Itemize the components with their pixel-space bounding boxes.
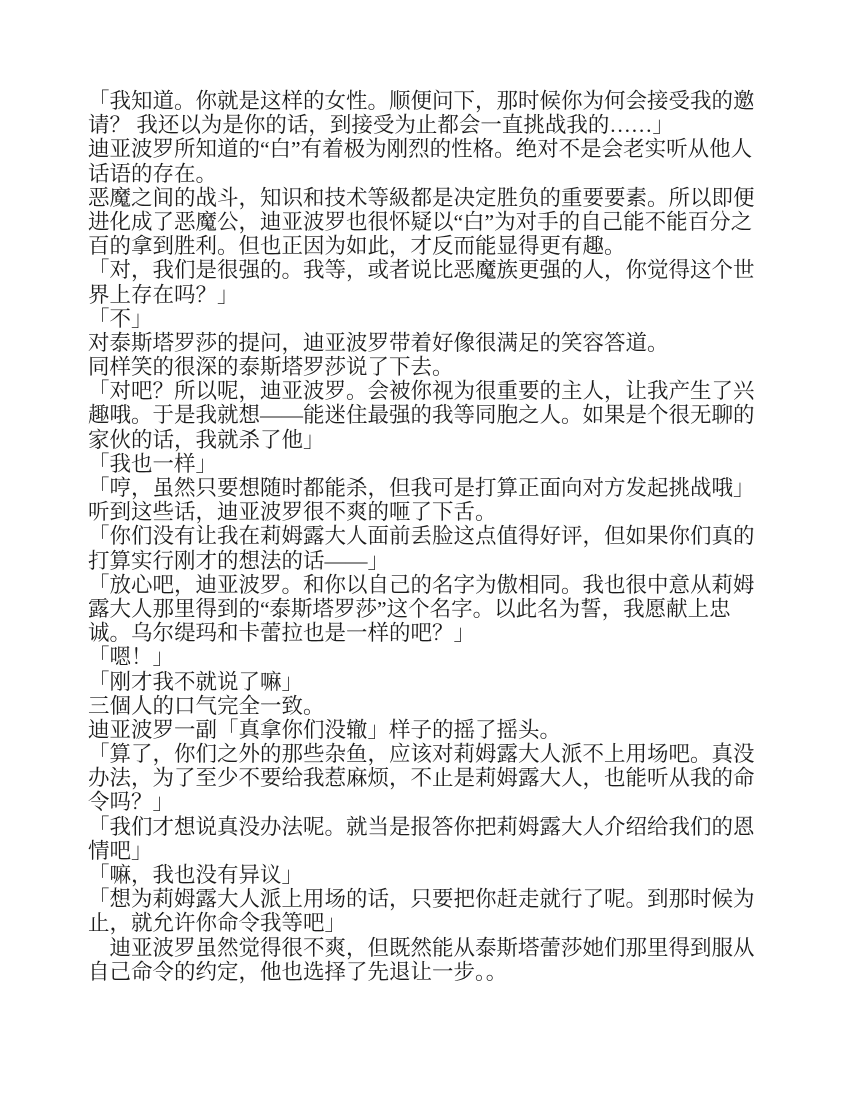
document-page: 「我知道。你就是这样的女性。顺便问下，那时候你为何会接受我的邀请？ 我还以为是你… bbox=[0, 0, 850, 1100]
text-line: 「嗯！」 bbox=[88, 645, 778, 669]
text-line: 「你们没有让我在莉姆露大人面前丢脸这点值得好评，但如果你们真的 bbox=[88, 524, 778, 548]
text-line: 「放心吧，迪亚波罗。和你以自己的名字为傲相同。我也很中意从莉姆 bbox=[88, 573, 778, 597]
text-line: 情吧」 bbox=[88, 839, 778, 863]
text-line: 令吗？」 bbox=[88, 790, 778, 814]
text-line: 诚。乌尔缇玛和卡蕾拉也是一样的吧？」 bbox=[88, 621, 778, 645]
text-line: 迪亚波罗虽然觉得很不爽，但既然能从泰斯塔蕾莎她们那里得到服从 bbox=[88, 936, 778, 960]
text-line: 办法，为了至少不要给我惹麻烦，不止是莉姆露大人，也能听从我的命 bbox=[88, 766, 778, 790]
text-line: 三個人的口气完全一致。 bbox=[88, 694, 778, 718]
text-line: 进化成了恶魔公，迪亚波罗也很怀疑以“白”为对手的自己能不能百分之 bbox=[88, 210, 778, 234]
text-line: 「我也一样」 bbox=[88, 452, 778, 476]
text-line: 趣哦。于是我就想——能迷住最强的我等同胞之人。如果是个很无聊的 bbox=[88, 403, 778, 427]
text-line: 听到这些话，迪亚波罗很不爽的咂了下舌。 bbox=[88, 500, 778, 524]
text-line: 迪亚波罗所知道的“白”有着极为刚烈的性格。绝对不是会老实听从他人 bbox=[88, 137, 778, 161]
text-line: 话语的存在。 bbox=[88, 162, 778, 186]
text-line: 同样笑的很深的泰斯塔罗莎说了下去。 bbox=[88, 355, 778, 379]
text-line: 「算了，你们之外的那些杂鱼，应该对莉姆露大人派不上用场吧。真没 bbox=[88, 742, 778, 766]
novel-text-block: 「我知道。你就是这样的女性。顺便问下，那时候你为何会接受我的邀请？ 我还以为是你… bbox=[88, 89, 778, 984]
text-line: 家伙的话，我就杀了他」 bbox=[88, 428, 778, 452]
text-line: 「我知道。你就是这样的女性。顺便问下，那时候你为何会接受我的邀 bbox=[88, 89, 778, 113]
text-line: 百的拿到胜利。但也正因为如此，才反而能显得更有趣。 bbox=[88, 234, 778, 258]
text-line: 「刚才我不就说了嘛」 bbox=[88, 670, 778, 694]
text-line: 露大人那里得到的“泰斯塔罗莎”这个名字。以此名为誓，我愿献上忠 bbox=[88, 597, 778, 621]
text-line: 自己命令的约定，他也选择了先退让一步。。 bbox=[88, 960, 778, 984]
text-line: 请？ 我还以为是你的话，到接受为止都会一直挑战我的……」 bbox=[88, 113, 778, 137]
text-line: 对泰斯塔罗莎的提问，迪亚波罗带着好像很满足的笑容答道。 bbox=[88, 331, 778, 355]
text-line: 止，就允许你命令我等吧」 bbox=[88, 911, 778, 935]
text-line: 「哼，虽然只要想随时都能杀，但我可是打算正面向对方发起挑战哦」 bbox=[88, 476, 778, 500]
text-line: 「嘛，我也没有异议」 bbox=[88, 863, 778, 887]
text-line: 打算实行刚才的想法的话——」 bbox=[88, 549, 778, 573]
text-line: 恶魔之间的战斗，知识和技术等級都是决定胜负的重要要素。所以即便 bbox=[88, 186, 778, 210]
text-line: 迪亚波罗一副「真拿你们没辙」样子的摇了摇头。 bbox=[88, 718, 778, 742]
text-line: 「对吧？所以呢，迪亚波罗。会被你视为很重要的主人，让我产生了兴 bbox=[88, 379, 778, 403]
text-line: 「对，我们是很强的。我等，或者说比恶魔族更强的人，你觉得这个世 bbox=[88, 258, 778, 282]
text-line: 「不」 bbox=[88, 307, 778, 331]
text-line: 「我们才想说真没办法呢。就当是报答你把莉姆露大人介绍给我们的恩 bbox=[88, 815, 778, 839]
text-line: 界上存在吗？」 bbox=[88, 283, 778, 307]
text-line: 「想为莉姆露大人派上用场的话，只要把你赶走就行了呢。到那时候为 bbox=[88, 887, 778, 911]
